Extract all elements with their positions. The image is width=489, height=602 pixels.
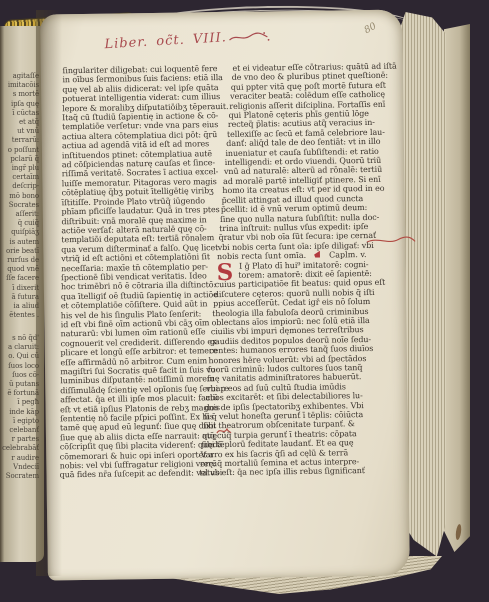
right-column-lines-a: et ei videatur eſſe cōtrarius: quātū ad …: [217, 61, 416, 252]
text-line: ētentes .: [0, 311, 44, 320]
text-line: rurſus de: [0, 256, 44, 265]
text-line: ſſe facere: [0, 274, 44, 283]
text-line: ū putans: [0, 380, 44, 389]
text-line: ē fortunā: [0, 389, 44, 398]
text-line: o. Qui cū: [0, 352, 44, 361]
facing-page-marginal-fragments-upper: agitaſſeimitacōiss mortēipſa quęī cūctas…: [0, 72, 44, 320]
rubricated-initial: S: [217, 262, 234, 281]
line-filler-flourish-icon: [366, 235, 416, 246]
text-line: tatus eſt: q̄a nec ipſa illis rebus ſign…: [199, 466, 383, 478]
text-line: is autem: [0, 238, 44, 247]
text-line: a claruit:: [0, 343, 44, 352]
text-line: o poſſunt: [0, 146, 44, 155]
right-column-lines-b: cuius participatiōe fit beatus: quid opu…: [199, 278, 399, 478]
text-line: Socrates: [0, 201, 44, 210]
facing-page-edge: agitaſſeimitacōiss mortēipſa quęī cūctas…: [0, 26, 44, 562]
text-line: ī egipto: [0, 417, 44, 426]
text-line: celebanť: [0, 426, 44, 435]
text-line: ia aliud: [0, 302, 44, 311]
text-line: inde kāp: [0, 408, 44, 417]
text-line: deſcrip-: [0, 182, 44, 191]
text-line: ingr̄ plu: [0, 164, 44, 173]
text-line: ſuos cō-: [0, 371, 44, 380]
text-line: ipſa quę: [0, 100, 44, 109]
text-line: ī dixerit: [0, 284, 44, 293]
text-line: s nō q̄d': [0, 334, 44, 343]
text-line: orie beatī: [0, 247, 44, 256]
text-line: Vndeciī: [0, 463, 44, 472]
text-line: Socratem: [0, 472, 44, 481]
text-line: ī cūctas: [0, 109, 44, 118]
text-line: ut vnū: [0, 127, 44, 136]
text-line: pclarū q̃: [0, 155, 44, 164]
text-line: s mortē: [0, 90, 44, 99]
folio-number: 80: [362, 21, 378, 36]
edge-stain: [455, 524, 462, 541]
text-line: quod vnē: [0, 265, 44, 274]
text-line: et atq̃: [0, 118, 44, 127]
chapter-heading: Caplm. v.: [329, 250, 366, 260]
running-header-text: Liber. oc̃t. VIII.: [104, 30, 227, 52]
text-line: r partes: [0, 435, 44, 444]
recto-page: Liber. oc̃t. VIII. 80 ſingulariter dilig…: [40, 10, 410, 581]
running-header: Liber. oc̃t. VIII.: [104, 28, 271, 53]
text-line: terrarū:: [0, 136, 44, 145]
text-line: mō bono: [0, 192, 44, 201]
text-line: quiſpiāʒ: [0, 228, 44, 237]
text-line: imitacōis: [0, 81, 44, 90]
header-flourish-icon: [228, 29, 271, 43]
text-line: celebrabāť: [0, 444, 44, 453]
text-line: ā futura: [0, 293, 44, 302]
facing-page-marginal-fragments-lower: s nō q̄d'a claruit:o. Qui cūſuos locoſuo…: [0, 334, 44, 481]
text-line: agitaſſe: [0, 72, 44, 81]
text-line: r audire: [0, 454, 44, 463]
pilcrow-icon: [314, 251, 320, 258]
text-line: ſuos loco: [0, 362, 44, 371]
back-cover-edge: [444, 24, 470, 552]
text-line: aſſerit:: [0, 210, 44, 219]
book-photo: agitaſſeimitacōiss mortēipſa quęī cūctas…: [0, 0, 489, 602]
text-line: certaīm: [0, 173, 44, 182]
text-line: ī pegħ: [0, 398, 44, 407]
text-line: q̄ cuiq̃: [0, 219, 44, 228]
right-text-column: et ei videatur eſſe cōtrarius: quātū ad …: [199, 61, 417, 480]
